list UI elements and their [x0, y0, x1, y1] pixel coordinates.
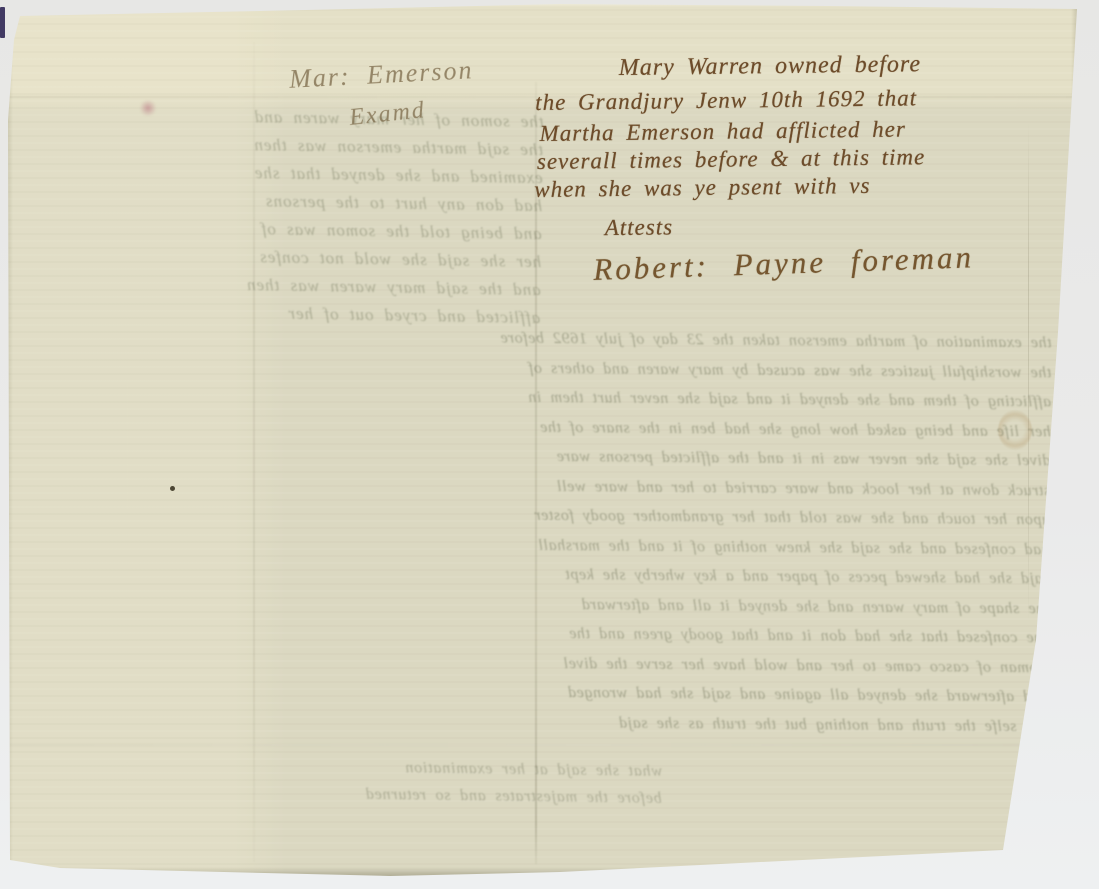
- bleedthrough-text-middle: the examination of martha emerson taken …: [46, 320, 1052, 742]
- vertical-fold-crease-left: [253, 42, 255, 862]
- manuscript-paper-sheet: the somon of her mary waren and the sajd…: [6, 2, 1078, 876]
- pink-ink-smudge: [139, 100, 157, 116]
- horizontal-crease-bottom: [6, 744, 1078, 746]
- docket-annotation: Mar: Emerson Examd: [288, 51, 551, 130]
- brown-stain: [998, 410, 1032, 450]
- bleedthrough-text-upper-left: the somon of her mary waren and the sajd…: [62, 100, 544, 332]
- foreman-signature: Robert: Payne foreman: [593, 237, 1034, 288]
- statement-line: Mary Warren owned before: [619, 47, 1031, 85]
- docket-examined-line: Examd: [348, 84, 552, 132]
- bleedthrough-text-lower: what she sajd at her examination before …: [102, 750, 663, 812]
- ink-speck: [170, 486, 175, 491]
- attest-label: Attests: [605, 210, 1033, 241]
- grand-jury-statement: Mary Warren owned before the Grandjury J…: [531, 47, 1034, 284]
- statement-line: when she was ye psent with vs: [534, 170, 1032, 204]
- photo-corner-mark: [0, 7, 5, 38]
- manuscript-photo: the somon of her mary waren and the sajd…: [0, 0, 1099, 889]
